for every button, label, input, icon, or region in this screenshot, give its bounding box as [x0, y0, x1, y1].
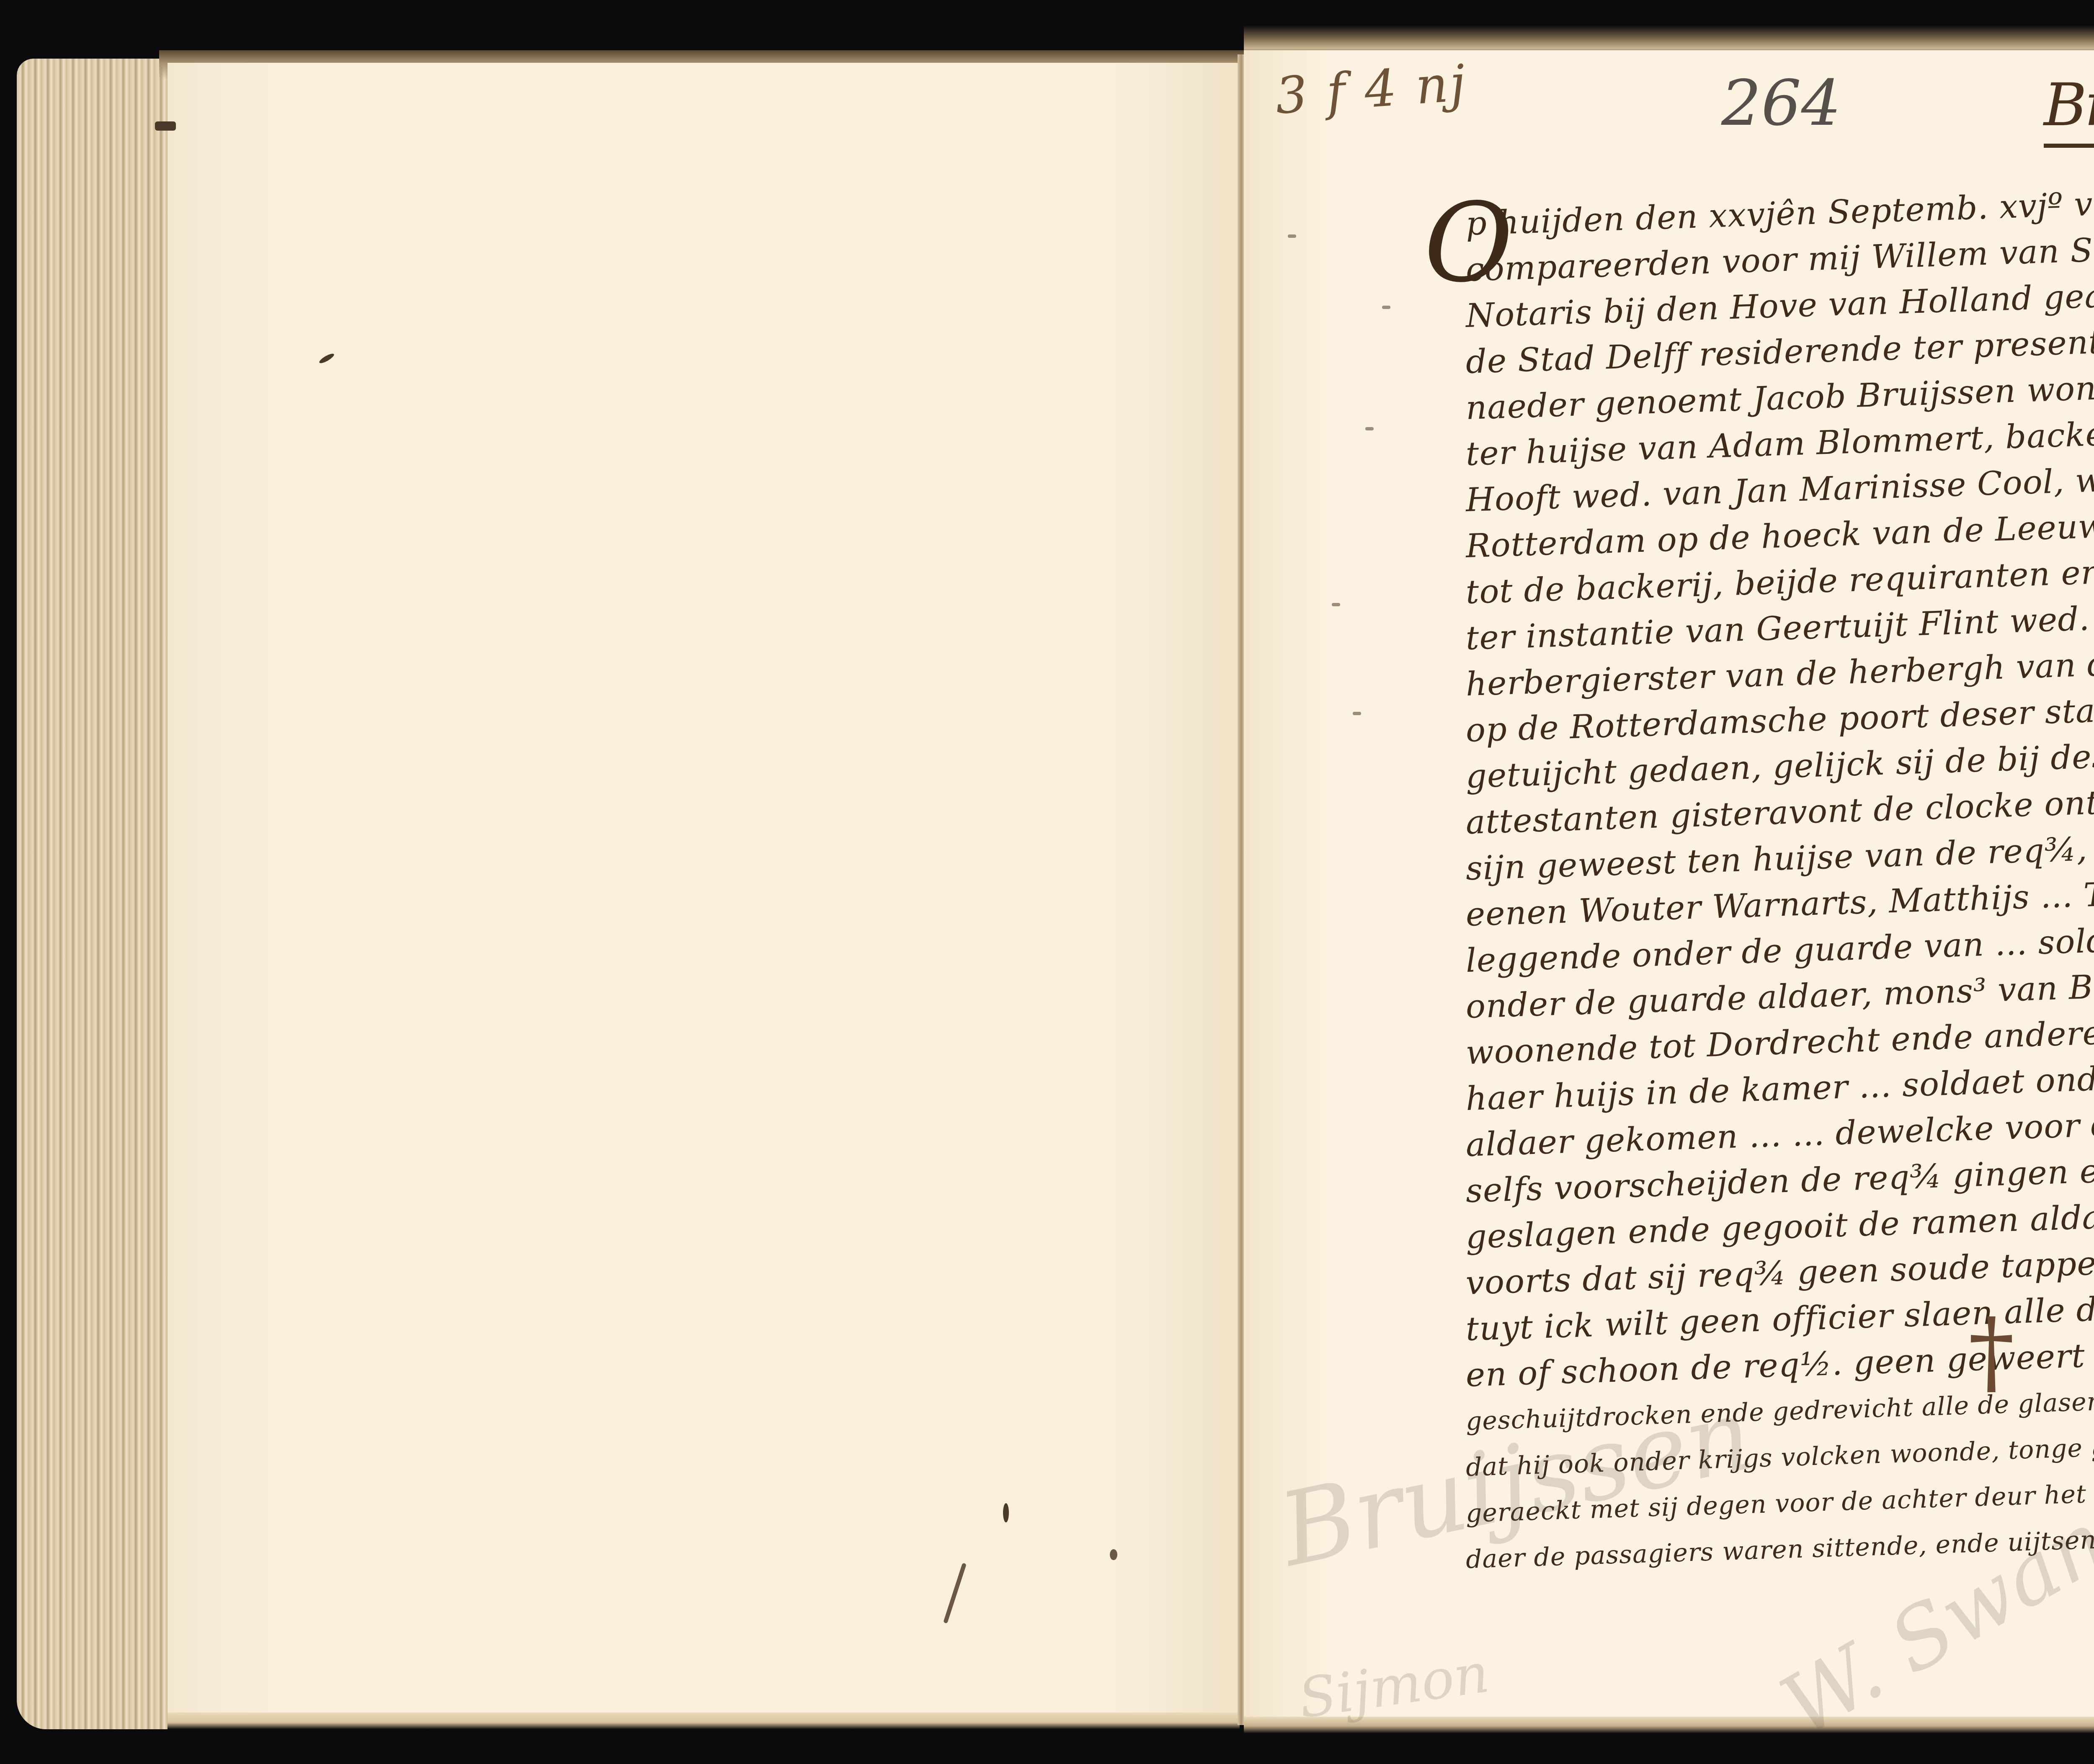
margin-mark — [1365, 427, 1374, 430]
left-page-block-edge — [17, 59, 172, 1729]
left-page-blank — [168, 63, 1240, 1721]
margin-mark — [1382, 306, 1390, 309]
ink-drip-1 — [1003, 1503, 1009, 1522]
margin-mark — [1332, 603, 1340, 606]
left-bottom-edge — [168, 1712, 1240, 1729]
margin-mark — [1288, 234, 1296, 238]
ink-drip-3 — [1110, 1549, 1117, 1560]
page-number: 264 — [1721, 67, 1841, 140]
ink-blot-top-left — [155, 121, 176, 131]
cross-signature-mark: † — [1968, 1298, 2014, 1405]
name-heading: Bruijssen — [2044, 71, 2094, 148]
manuscript-spread: 3 f 4 nj 264 Nº 86 Bruijssen O p huijden… — [0, 0, 2094, 1764]
margin-mark — [1353, 712, 1361, 715]
